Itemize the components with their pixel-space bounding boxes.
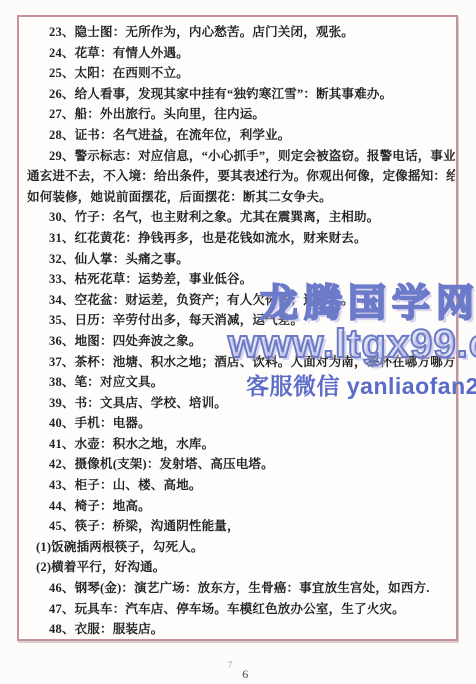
scanned-document-page: { "document": { "lines": [ { "indent": "…: [0, 0, 476, 684]
list-line-39: 39、书：文具店、学校、培训。: [27, 393, 455, 414]
list-line-23: 23、隐士图：无所作为，内心愁苦。店门关闭，观张。: [27, 22, 455, 43]
list-line-31: 31、红花黄花：挣钱再多，也是花钱如流水，财来财去。: [27, 228, 455, 249]
list-line-40: 40、手机：电器。: [27, 413, 455, 434]
list-line-26: 26、给人看事，发现其家中挂有“独钓寒江雪”：断其事难办。: [27, 84, 455, 105]
page-border-frame: 23、隐士图：无所作为，内心愁苦。店门关闭，观张。 24、花草：有情人外遇。 2…: [17, 15, 458, 641]
list-line-25: 25、太阳：在西则不立。: [27, 63, 455, 84]
list-line-45: 45、筷子：桥梁，沟通阴性能量，: [27, 516, 455, 537]
list-line-29-cont-2: 如何装修，她说前面摆花，后面摆花：断其二女争夫。: [27, 187, 455, 208]
footer-note-mark: 7: [228, 660, 233, 670]
list-line-45-sub-2: (2)横着平行，好沟通。: [27, 557, 455, 578]
list-line-27: 27、船：外出旅行。头向里，往内运。: [27, 104, 455, 125]
list-line-30: 30、竹子：名气，也主财利之象。尤其在震巽离，主相助。: [27, 207, 455, 228]
page-number: 6: [242, 667, 248, 681]
list-line-28: 28、证书：名气进益，在流年位，利学业。: [27, 125, 455, 146]
list-line-32: 32、仙人掌：头痛之事。: [27, 249, 455, 270]
list-line-46: 46、钢琴(金)：演艺广场：放东方，生骨癌：事宜放生宫处，如西方.: [27, 578, 455, 599]
list-line-29: 29、警示标志：对应信息，“小心抓手”，则定会被盗窃。报警电话，事业资产危机。: [27, 146, 455, 167]
list-line-45-sub-1: (1)饭碗插两根筷子，勾死人。: [27, 537, 455, 558]
list-line-42: 42、摄像机(支架)：发射塔、高压电塔。: [27, 454, 455, 475]
list-line-38: 38、笔：对应文具。: [27, 372, 455, 393]
list-line-34: 34、空花盆：财运差，负资产；有人欠你钱；送掉了。: [27, 290, 455, 311]
list-line-41: 41、水壶：积水之地，水库。: [27, 434, 455, 455]
page-footer: 76: [0, 660, 476, 678]
list-line-35: 35、日历：辛劳付出多，每天消减，运气差。: [27, 310, 455, 331]
list-line-37: 37、茶杯：池塘、积水之地；酒店、饮料。人面对为南，茶杯在哪方哪方有水。: [27, 352, 455, 373]
list-line-36: 36、地图：四处奔波之象。: [27, 331, 455, 352]
list-line-47: 47、玩具车：汽车店、停车场。车模红色放办公室，生了火灾。: [27, 599, 455, 620]
list-line-29-cont-1: 通玄进不去，不入境：给出条件，要其表述行为。你观出何像，定像摇知：给她房子要其说: [27, 166, 455, 187]
list-line-44: 44、椅子：地高。: [27, 496, 455, 517]
list-line-24: 24、花草：有情人外遇。: [27, 43, 455, 64]
document-text-block: 23、隐士图：无所作为，内心愁苦。店门关闭，观张。 24、花草：有情人外遇。 2…: [27, 22, 455, 636]
list-line-43: 43、柜子：山、楼、高地。: [27, 475, 455, 496]
list-line-48: 48、衣服：服装店。: [27, 619, 455, 636]
list-line-33: 33、枯死花草：运势差，事业低谷。: [27, 269, 455, 290]
